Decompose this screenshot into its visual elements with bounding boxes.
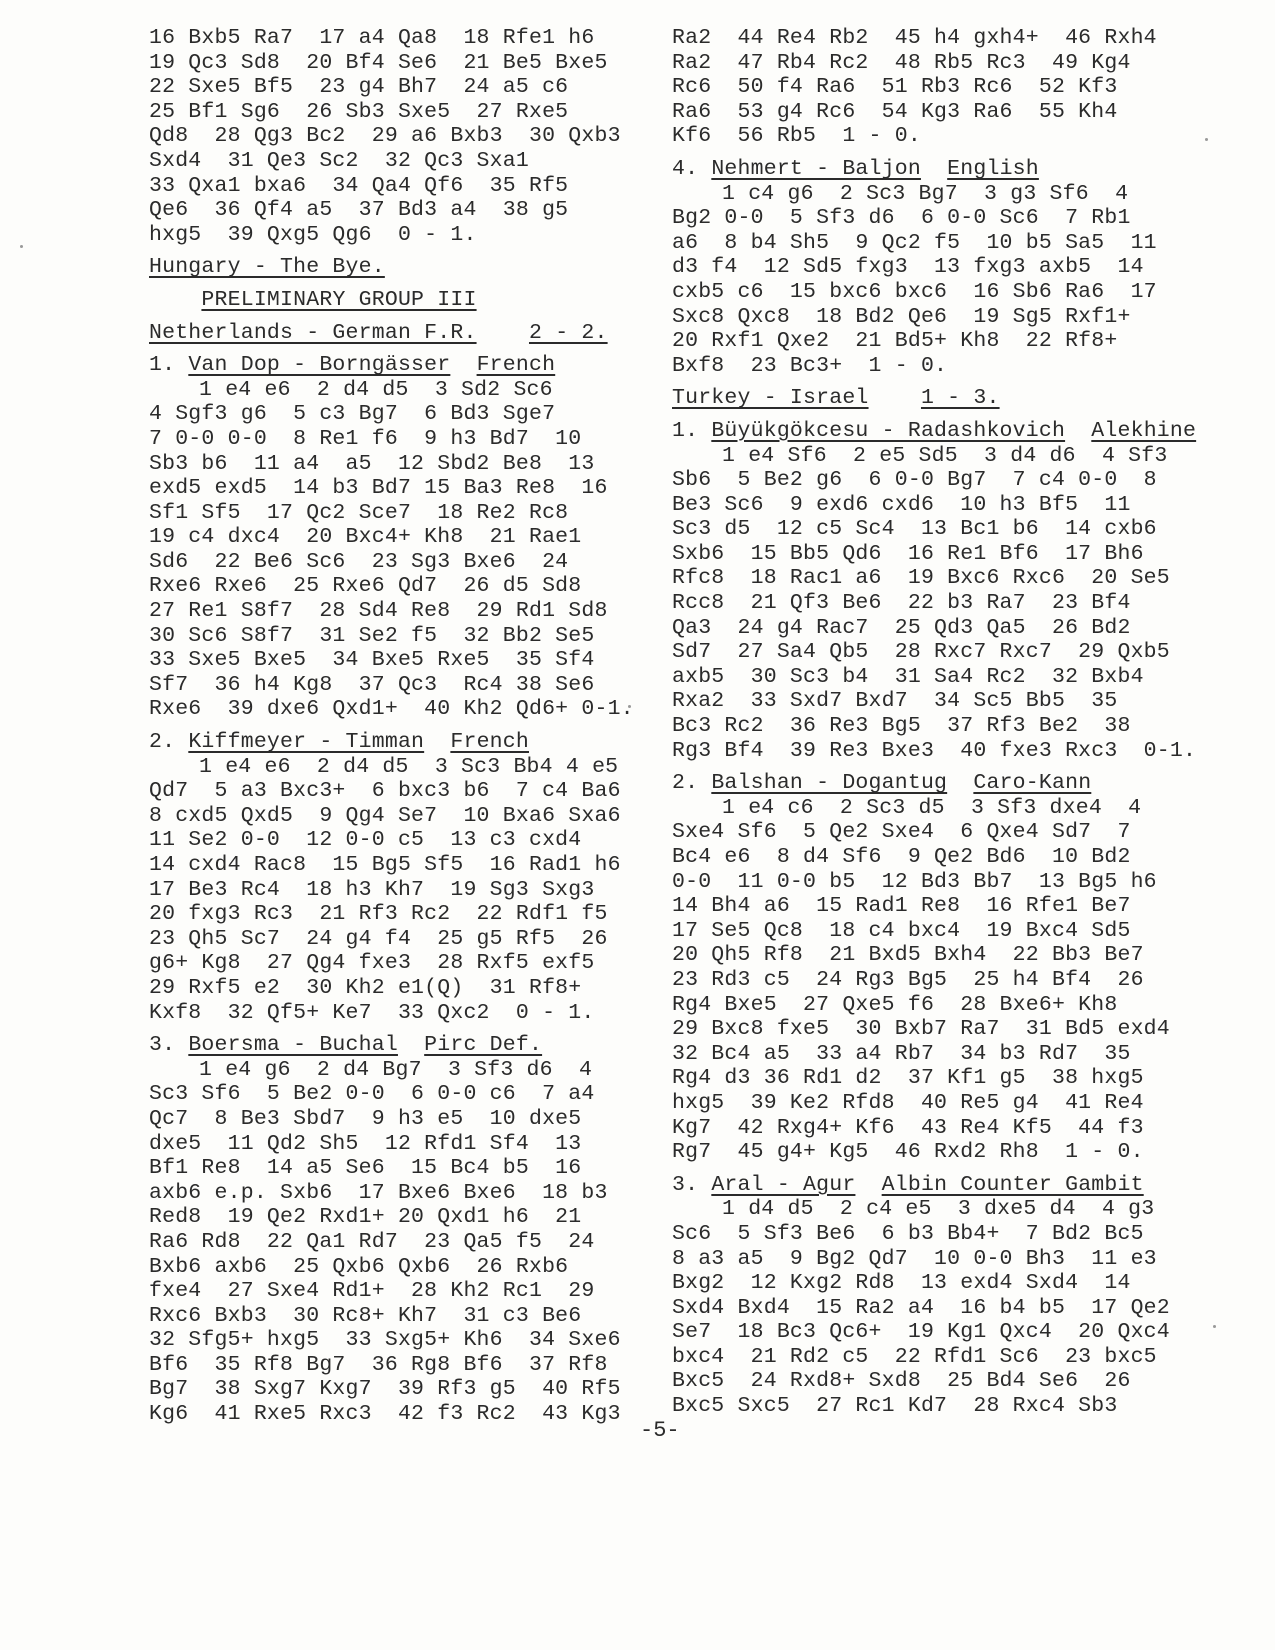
move-line: 1 c4 g6 2 Sc3 Bg7 3 g3 Sf6 4 bbox=[672, 182, 1182, 207]
move-line: 17 Be3 Rc4 18 h3 Kh7 19 Sg3 Sxg3 bbox=[149, 878, 629, 903]
move-line: 8 cxd5 Qxd5 9 Qg4 Se7 10 Bxa6 Sxa6 bbox=[149, 804, 629, 829]
match-heading: Netherlands - German F.R. 2 - 2. bbox=[149, 321, 629, 346]
spacer bbox=[149, 722, 629, 730]
move-line: cxb5 c6 15 bxc6 bxc6 16 Sb6 Ra6 17 bbox=[672, 280, 1182, 305]
move-line: 8 a3 a5 9 Bg2 Qd7 10 0-0 Bh3 11 e3 bbox=[672, 1247, 1182, 1272]
move-line: Bxg2 12 Kxg2 Rd8 13 exd4 Sxd4 14 bbox=[672, 1271, 1182, 1296]
game-opening: Caro-Kann bbox=[973, 771, 1091, 795]
move-line: a6 8 b4 Sh5 9 Qc2 f5 10 b5 Sa5 11 bbox=[672, 231, 1182, 256]
move-line: Qd7 5 a3 Bxc3+ 6 bxc3 b6 7 c4 Ba6 bbox=[149, 779, 629, 804]
move-line: Rxe6 39 dxe6 Qxd1+ 40 Kh2 Qd6+ 0-1. bbox=[149, 697, 629, 722]
move-line: hxg5 39 Ke2 Rfd8 40 Re5 g4 41 Re4 bbox=[672, 1091, 1182, 1116]
move-line: 30 Sc6 S8f7 31 Se2 f5 32 Bb2 Se5 bbox=[149, 624, 629, 649]
move-line: exd5 exd5 14 b3 Bd7 15 Ba3 Re8 16 bbox=[149, 476, 629, 501]
move-line: Rg3 Bf4 39 Re3 Bxe3 40 fxe3 Rxc3 0-1. bbox=[672, 739, 1182, 764]
spacer bbox=[672, 1165, 1182, 1173]
game-players: Büyükgökcesu - Radashkovich bbox=[711, 419, 1065, 443]
move-line: 33 Sxe5 Bxe5 34 Bxe5 Rxe5 35 Sf4 bbox=[149, 648, 629, 673]
move-line: Bc4 e6 8 d4 Sf6 9 Qe2 Bd6 10 Bd2 bbox=[672, 845, 1182, 870]
move-line: 14 cxd4 Rac8 15 Bg5 Sf5 16 Rad1 h6 bbox=[149, 853, 629, 878]
game-heading: 3. Boersma - Buchal Pirc Def. bbox=[149, 1033, 629, 1058]
move-line: 1 e4 g6 2 d4 Bg7 3 Sf3 d6 4 bbox=[149, 1058, 629, 1083]
game-heading: 2. Kiffmeyer - Timman French bbox=[149, 730, 629, 755]
move-line: Rfc8 18 Rac1 a6 19 Bxc6 Rxc6 20 Se5 bbox=[672, 566, 1182, 591]
move-line: 1 e4 Sf6 2 e5 Sd5 3 d4 d6 4 Sf3 bbox=[672, 444, 1182, 469]
move-line: Rxe6 Rxe6 25 Rxe6 Qd7 26 d5 Sd8 bbox=[149, 574, 629, 599]
move-line: 1 d4 d5 2 c4 e5 3 dxe5 d4 4 g3 bbox=[672, 1197, 1182, 1222]
game-opening: Alekhine bbox=[1091, 419, 1196, 443]
game-heading: 1. Van Dop - Borngässer French bbox=[149, 353, 629, 378]
game-number: 4. bbox=[672, 157, 711, 181]
game-players: Van Dop - Borngässer bbox=[188, 353, 450, 377]
move-line: 23 Rd3 c5 24 Rg3 Bg5 25 h4 Bf4 26 bbox=[672, 968, 1182, 993]
move-line: 33 Qxa1 bxa6 34 Qa4 Qf6 35 Rf5 bbox=[149, 174, 629, 199]
move-line: Rcc8 21 Qf3 Be6 22 b3 Ra7 23 Bf4 bbox=[672, 591, 1182, 616]
match-teams: Turkey - Israel bbox=[672, 386, 869, 410]
move-line: 32 Sfg5+ hxg5 33 Sxg5+ Kh6 34 Sxe6 bbox=[149, 1328, 629, 1353]
spacer bbox=[149, 247, 629, 255]
move-line: 25 Bf1 Sg6 26 Sb3 Sxe5 27 Rxe5 bbox=[149, 100, 629, 125]
move-line: 27 Re1 S8f7 28 Sd4 Re8 29 Rd1 Sd8 bbox=[149, 599, 629, 624]
move-line: axb6 e.p. Sxb6 17 Bxe6 Bxe6 18 b3 bbox=[149, 1181, 629, 1206]
game-number: 3. bbox=[149, 1033, 188, 1057]
move-line: Sxc8 Qxc8 18 Bd2 Qe6 19 Sg5 Rxf1+ bbox=[672, 305, 1182, 330]
move-line: Kg7 42 Rxg4+ Kf6 43 Re4 Kf5 44 f3 bbox=[672, 1116, 1182, 1141]
move-line: Sc6 5 Sf3 Be6 6 b3 Bb4+ 7 Bd2 Bc5 bbox=[672, 1222, 1182, 1247]
move-line: Sd6 22 Be6 Sc6 23 Sg3 Bxe6 24 bbox=[149, 550, 629, 575]
heading-line: Hungary - The Bye. bbox=[149, 255, 629, 280]
heading-text: Hungary - The Bye. bbox=[149, 255, 385, 279]
game-opening: Albin Counter Gambit bbox=[882, 1173, 1144, 1197]
move-line: bxc4 21 Rd2 c5 22 Rfd1 Sc6 23 bxc5 bbox=[672, 1345, 1182, 1370]
spacer bbox=[149, 1025, 629, 1033]
move-line: Qa3 24 g4 Rac7 25 Qd3 Qa5 26 Bd2 bbox=[672, 616, 1182, 641]
move-line: 19 c4 dxc4 20 Bxc4+ Kh8 21 Rae1 bbox=[149, 525, 629, 550]
move-line: Bf6 35 Rf8 Bg7 36 Rg8 Bf6 37 Rf8 bbox=[149, 1353, 629, 1378]
move-line: Ra6 53 g4 Rc6 54 Kg3 Ra6 55 Kh4 bbox=[672, 100, 1182, 125]
move-line: 29 Bxc8 fxe5 30 Bxb7 Ra7 31 Bd5 exd4 bbox=[672, 1017, 1182, 1042]
move-line: 32 Bc4 a5 33 a4 Rb7 34 b3 Rd7 35 bbox=[672, 1042, 1182, 1067]
paper-speck bbox=[20, 245, 23, 248]
game-number: 1. bbox=[149, 353, 188, 377]
game-number: 1. bbox=[672, 419, 711, 443]
spacer bbox=[672, 149, 1182, 157]
move-line: Bf1 Re8 14 a5 Se6 15 Bc4 b5 16 bbox=[149, 1156, 629, 1181]
move-line: Kg6 41 Rxe5 Rxc3 42 f3 Rc2 43 Kg3 bbox=[149, 1402, 629, 1427]
move-line: 20 fxg3 Rc3 21 Rf3 Rc2 22 Rdf1 f5 bbox=[149, 902, 629, 927]
move-line: 4 Sgf3 g6 5 c3 Bg7 6 Bd3 Sge7 bbox=[149, 402, 629, 427]
spacer bbox=[149, 313, 629, 321]
section-heading: PRELIMINARY GROUP III bbox=[149, 288, 529, 313]
move-line: Ra2 47 Rb4 Rc2 48 Rb5 Rc3 49 Kg4 bbox=[672, 51, 1182, 76]
move-line: Qd8 28 Qg3 Bc2 29 a6 Bxb3 30 Qxb3 bbox=[149, 124, 629, 149]
move-line: fxe4 27 Sxe4 Rd1+ 28 Kh2 Rc1 29 bbox=[149, 1279, 629, 1304]
move-line: Sxd4 Bxd4 15 Ra2 a4 16 b4 b5 17 Qe2 bbox=[672, 1296, 1182, 1321]
move-line: Sxb6 15 Bb5 Qd6 16 Re1 Bf6 17 Bh6 bbox=[672, 542, 1182, 567]
paper-speck bbox=[1205, 138, 1208, 141]
paper-speck bbox=[628, 705, 631, 708]
move-line: 20 Qh5 Rf8 21 Bxd5 Bxh4 22 Bb3 Be7 bbox=[672, 943, 1182, 968]
move-line: Sb6 5 Be2 g6 6 0-0 Bg7 7 c4 0-0 8 bbox=[672, 468, 1182, 493]
move-line: 1 e4 e6 2 d4 d5 3 Sc3 Bb4 4 e5 bbox=[149, 755, 629, 780]
match-score: 1 - 3. bbox=[921, 386, 1000, 410]
move-line: Qe6 36 Qf4 a5 37 Bd3 a4 38 g5 bbox=[149, 198, 629, 223]
move-line: 22 Sxe5 Bf5 23 g4 Bh7 24 a5 c6 bbox=[149, 75, 629, 100]
move-line: Qc7 8 Be3 Sbd7 9 h3 e5 10 dxe5 bbox=[149, 1107, 629, 1132]
move-line: axb5 30 Sc3 b4 31 Sa4 Rc2 32 Bxb4 bbox=[672, 665, 1182, 690]
spacer bbox=[672, 378, 1182, 386]
game-players: Aral - Agur bbox=[711, 1173, 855, 1197]
game-heading: 2. Balshan - Dogantug Caro-Kann bbox=[672, 771, 1182, 796]
section-title: PRELIMINARY GROUP III bbox=[201, 288, 476, 312]
move-line: g6+ Kg8 27 Qg4 fxe3 28 Rxf5 exf5 bbox=[149, 951, 629, 976]
move-line: hxg5 39 Qxg5 Qg6 0 - 1. bbox=[149, 223, 629, 248]
move-line: Bc3 Rc2 36 Re3 Bg5 37 Rf3 Be2 38 bbox=[672, 714, 1182, 739]
move-line: Rg4 Bxe5 27 Qxe5 f6 28 Bxe6+ Kh8 bbox=[672, 993, 1182, 1018]
game-heading: 1. Büyükgökcesu - Radashkovich Alekhine bbox=[672, 419, 1182, 444]
move-line: 1 e4 e6 2 d4 d5 3 Sd2 Sc6 bbox=[149, 378, 629, 403]
game-opening: Pirc Def. bbox=[424, 1033, 542, 1057]
game-players: Balshan - Dogantug bbox=[711, 771, 947, 795]
move-line: Kxf8 32 Qf5+ Ke7 33 Qxc2 0 - 1. bbox=[149, 1001, 629, 1026]
move-line: Sd7 27 Sa4 Qb5 28 Rxc7 Rxc7 29 Qxb5 bbox=[672, 640, 1182, 665]
move-line: Sf1 Sf5 17 Qc2 Sce7 18 Re2 Rc8 bbox=[149, 501, 629, 526]
move-line: Bxb6 axb6 25 Qxb6 Qxb6 26 Rxb6 bbox=[149, 1255, 629, 1280]
game-heading: 4. Nehmert - Baljon English bbox=[672, 157, 1182, 182]
move-line: 23 Qh5 Sc7 24 g4 f4 25 g5 Rf5 26 bbox=[149, 927, 629, 952]
move-line: Se7 18 Bc3 Qc6+ 19 Kg1 Qxc4 20 Qxc4 bbox=[672, 1320, 1182, 1345]
move-line: d3 f4 12 Sd5 fxg3 13 fxg3 axb5 14 bbox=[672, 255, 1182, 280]
move-line: 19 Qc3 Sd8 20 Bf4 Se6 21 Be5 Bxe5 bbox=[149, 51, 629, 76]
move-line: Bxf8 23 Bc3+ 1 - 0. bbox=[672, 354, 1182, 379]
spacer bbox=[149, 345, 629, 353]
move-line: Sc3 Sf6 5 Be2 0-0 6 0-0 c6 7 a4 bbox=[149, 1082, 629, 1107]
match-score: 2 - 2. bbox=[529, 321, 608, 345]
move-line: Rg4 d3 36 Rd1 d2 37 Kf1 g5 38 hxg5 bbox=[672, 1066, 1182, 1091]
move-line: 17 Se5 Qc8 18 c4 bxc4 19 Bxc4 Sd5 bbox=[672, 919, 1182, 944]
game-number: 2. bbox=[149, 730, 188, 754]
move-line: Rxc6 Bxb3 30 Rc8+ Kh7 31 c3 Be6 bbox=[149, 1304, 629, 1329]
move-line: 11 Se2 0-0 12 0-0 c5 13 c3 cxd4 bbox=[149, 828, 629, 853]
move-line: 29 Rxf5 e2 30 Kh2 e1(Q) 31 Rf8+ bbox=[149, 976, 629, 1001]
right-column: Ra2 44 Re4 Rb2 45 h4 gxh4+ 46 Rxh4Ra2 47… bbox=[672, 26, 1182, 1419]
game-players: Nehmert - Baljon bbox=[711, 157, 921, 181]
game-heading: 3. Aral - Agur Albin Counter Gambit bbox=[672, 1173, 1182, 1198]
move-line: Kf6 56 Rb5 1 - 0. bbox=[672, 124, 1182, 149]
move-line: Ra6 Rd8 22 Qa1 Rd7 23 Qa5 f5 24 bbox=[149, 1230, 629, 1255]
game-opening: English bbox=[947, 157, 1039, 181]
spacer bbox=[672, 411, 1182, 419]
left-column: 16 Bxb5 Ra7 17 a4 Qa8 18 Rfe1 h619 Qc3 S… bbox=[149, 26, 629, 1427]
move-line: Sc3 d5 12 c5 Sc4 13 Bc1 b6 14 cxb6 bbox=[672, 517, 1182, 542]
game-players: Kiffmeyer - Timman bbox=[188, 730, 424, 754]
page-number: -5- bbox=[640, 1418, 680, 1443]
move-line: Rg7 45 g4+ Kg5 46 Rxd2 Rh8 1 - 0. bbox=[672, 1140, 1182, 1165]
move-line: Ra2 44 Re4 Rb2 45 h4 gxh4+ 46 Rxh4 bbox=[672, 26, 1182, 51]
game-opening: French bbox=[450, 730, 529, 754]
move-line: Sxd4 31 Qe3 Sc2 32 Qc3 Sxa1 bbox=[149, 149, 629, 174]
move-line: dxe5 11 Qd2 Sh5 12 Rfd1 Sf4 13 bbox=[149, 1132, 629, 1157]
move-line: Bg2 0-0 5 Sf3 d6 6 0-0 Sc6 7 Rb1 bbox=[672, 206, 1182, 231]
move-line: Sxe4 Sf6 5 Qe2 Sxe4 6 Qxe4 Sd7 7 bbox=[672, 820, 1182, 845]
match-teams: Netherlands - German F.R. bbox=[149, 321, 477, 345]
game-number: 3. bbox=[672, 1173, 711, 1197]
match-heading: Turkey - Israel 1 - 3. bbox=[672, 386, 1182, 411]
move-line: Be3 Sc6 9 exd6 cxd6 10 h3 Bf5 11 bbox=[672, 493, 1182, 518]
spacer bbox=[672, 763, 1182, 771]
move-line: Sb3 b6 11 a4 a5 12 Sbd2 Be8 13 bbox=[149, 452, 629, 477]
move-line: 1 e4 c6 2 Sc3 d5 3 Sf3 dxe4 4 bbox=[672, 796, 1182, 821]
game-opening: French bbox=[477, 353, 556, 377]
paper-speck bbox=[1213, 1325, 1216, 1328]
move-line: 16 Bxb5 Ra7 17 a4 Qa8 18 Rfe1 h6 bbox=[149, 26, 629, 51]
move-line: Red8 19 Qe2 Rxd1+ 20 Qxd1 h6 21 bbox=[149, 1205, 629, 1230]
move-line: Rxa2 33 Sxd7 Bxd7 34 Sc5 Bb5 35 bbox=[672, 689, 1182, 714]
game-players: Boersma - Buchal bbox=[188, 1033, 398, 1057]
game-number: 2. bbox=[672, 771, 711, 795]
move-line: 7 0-0 0-0 8 Re1 f6 9 h3 Bd7 10 bbox=[149, 427, 629, 452]
move-line: 20 Rxf1 Qxe2 21 Bd5+ Kh8 22 Rf8+ bbox=[672, 329, 1182, 354]
move-line: Rc6 50 f4 Ra6 51 Rb3 Rc6 52 Kf3 bbox=[672, 75, 1182, 100]
spacer bbox=[149, 280, 629, 288]
move-line: Bg7 38 Sxg7 Kxg7 39 Rf3 g5 40 Rf5 bbox=[149, 1377, 629, 1402]
move-line: Bxc5 24 Rxd8+ Sxd8 25 Bd4 Se6 26 bbox=[672, 1369, 1182, 1394]
move-line: 0-0 11 0-0 b5 12 Bd3 Bb7 13 Bg5 h6 bbox=[672, 870, 1182, 895]
move-line: Sf7 36 h4 Kg8 37 Qc3 Rc4 38 Se6 bbox=[149, 673, 629, 698]
document-page: 16 Bxb5 Ra7 17 a4 Qa8 18 Rfe1 h619 Qc3 S… bbox=[0, 0, 1275, 1650]
move-line: Bxc5 Sxc5 27 Rc1 Kd7 28 Rxc4 Sb3 bbox=[672, 1394, 1182, 1419]
move-line: 14 Bh4 a6 15 Rad1 Re8 16 Rfe1 Be7 bbox=[672, 894, 1182, 919]
